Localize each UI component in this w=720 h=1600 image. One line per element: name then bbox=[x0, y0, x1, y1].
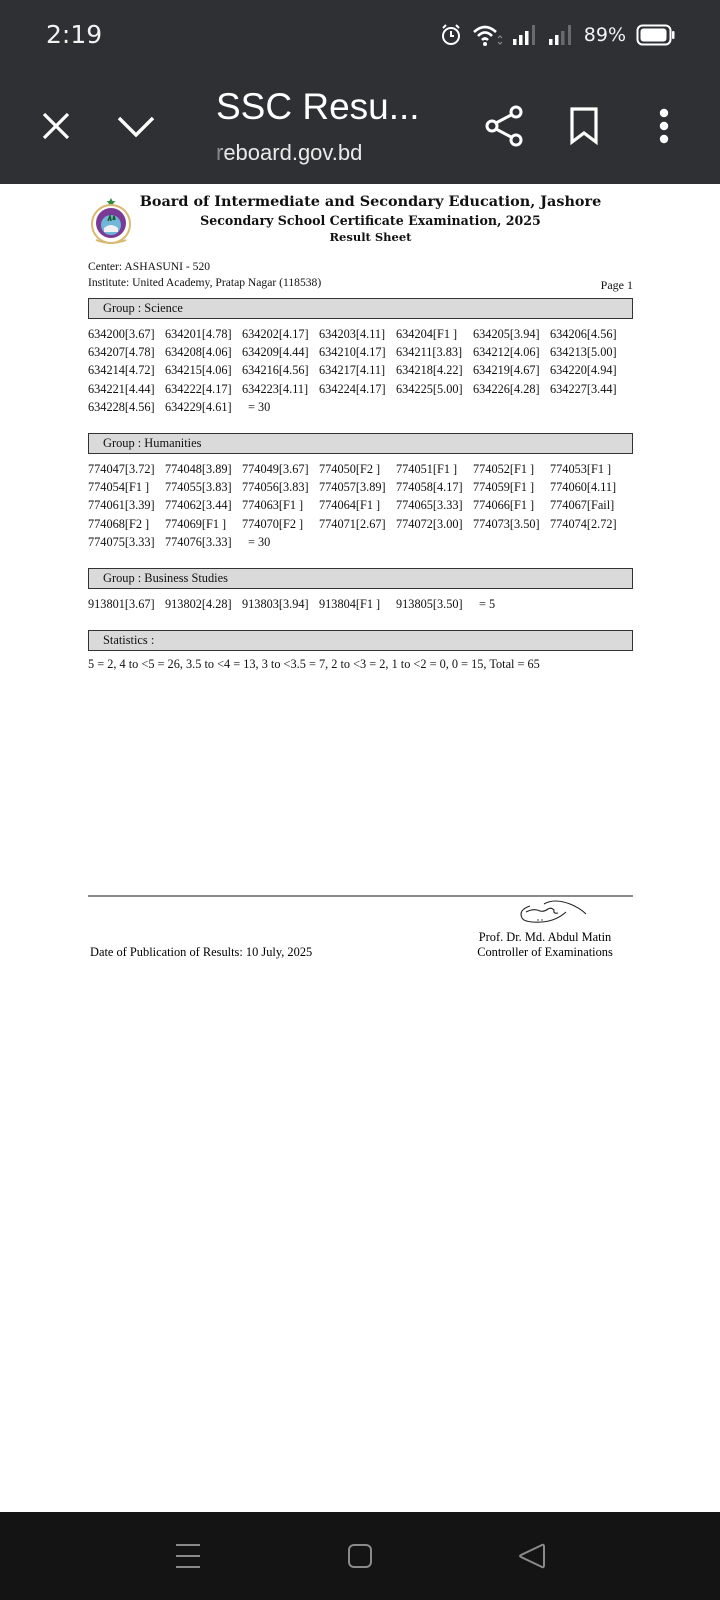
roll-result: 634205[3.94] bbox=[473, 325, 550, 343]
roll-result: 774050[F2 ] bbox=[319, 460, 396, 478]
roll-result: 774058[4.17] bbox=[396, 478, 473, 496]
signal-sim1-icon bbox=[512, 23, 538, 47]
roll-result: 913803[3.94] bbox=[242, 595, 319, 613]
roll-result: 774062[3.44] bbox=[165, 496, 242, 514]
roll-result: 774068[F2 ] bbox=[88, 515, 165, 533]
roll-result: 774067[Fail] bbox=[550, 496, 627, 514]
roll-result: 634217[4.11] bbox=[319, 361, 396, 379]
roll-grid: 634200[3.67]634201[4.78]634202[4.17]6342… bbox=[88, 325, 633, 416]
url-display[interactable]: reboard.gov.bd bbox=[216, 140, 416, 166]
battery-icon bbox=[636, 23, 676, 47]
roll-result: 774063[F1 ] bbox=[242, 496, 319, 514]
status-time: 2:19 bbox=[46, 20, 102, 49]
system-nav-bar bbox=[0, 1512, 720, 1600]
roll-result: 634214[4.72] bbox=[88, 361, 165, 379]
group-header: Group : Science bbox=[88, 298, 633, 319]
roll-result: 634212[4.06] bbox=[473, 343, 550, 361]
bookmark-button[interactable] bbox=[556, 98, 612, 154]
roll-grid: 774047[3.72]774048[3.89]774049[3.67]7740… bbox=[88, 460, 633, 551]
back-button[interactable] bbox=[504, 1530, 560, 1582]
statistics-text: 5 = 2, 4 to <5 = 26, 3.5 to <4 = 13, 3 t… bbox=[88, 656, 633, 672]
roll-result: 634218[4.22] bbox=[396, 361, 473, 379]
group-header: Group : Humanities bbox=[88, 433, 633, 454]
roll-row: 634200[3.67]634201[4.78]634202[4.17]6342… bbox=[88, 325, 633, 343]
bookmark-icon bbox=[569, 107, 599, 145]
roll-result: 634200[3.67] bbox=[88, 325, 165, 343]
roll-result: 634213[5.00] bbox=[550, 343, 627, 361]
home-button[interactable] bbox=[332, 1530, 388, 1582]
roll-result: 634227[3.44] bbox=[550, 380, 627, 398]
roll-grid: 913801[3.67]913802[4.28]913803[3.94]9138… bbox=[88, 595, 633, 613]
roll-row: 774054[F1 ]774055[3.83]774056[3.83]77405… bbox=[88, 478, 633, 496]
alarm-icon bbox=[440, 23, 462, 47]
roll-result: 774054[F1 ] bbox=[88, 478, 165, 496]
publication-date: Date of Publication of Results: 10 July,… bbox=[90, 945, 312, 960]
roll-result: 774047[3.72] bbox=[88, 460, 165, 478]
group-total: = 30 bbox=[242, 533, 270, 551]
roll-result: 634222[4.17] bbox=[165, 380, 242, 398]
roll-result: 774055[3.83] bbox=[165, 478, 242, 496]
home-icon bbox=[347, 1543, 373, 1569]
result-sheet: Board of Intermediate and Secondary Educ… bbox=[88, 190, 633, 672]
board-logo-icon bbox=[88, 196, 134, 246]
url-fade bbox=[212, 138, 226, 168]
roll-result: 634223[4.11] bbox=[242, 380, 319, 398]
more-options-button[interactable] bbox=[636, 98, 692, 154]
roll-result: 634208[4.06] bbox=[165, 343, 242, 361]
roll-result: 913804[F1 ] bbox=[319, 595, 396, 613]
roll-row: 774061[3.39]774062[3.44]774063[F1 ]77406… bbox=[88, 496, 633, 514]
roll-result: 774064[F1 ] bbox=[319, 496, 396, 514]
roll-row: 913801[3.67]913802[4.28]913803[3.94]9138… bbox=[88, 595, 633, 613]
signature-icon bbox=[516, 898, 588, 928]
roll-result: 774075[3.33] bbox=[88, 533, 165, 551]
center-label: Center: ASHASUNI - 520 bbox=[88, 259, 633, 275]
roll-result: 774061[3.39] bbox=[88, 496, 165, 514]
roll-row: 774047[3.72]774048[3.89]774049[3.67]7740… bbox=[88, 460, 633, 478]
recents-icon bbox=[175, 1543, 201, 1569]
roll-result: 774060[4.11] bbox=[550, 478, 627, 496]
roll-result: 774048[3.89] bbox=[165, 460, 242, 478]
wifi-icon bbox=[472, 23, 502, 47]
recents-button[interactable] bbox=[160, 1530, 216, 1582]
roll-result: 774059[F1 ] bbox=[473, 478, 550, 496]
roll-result: 913801[3.67] bbox=[88, 595, 165, 613]
signatory: Prof. Dr. Md. Abdul Matin Controller of … bbox=[460, 930, 630, 960]
more-vert-icon bbox=[658, 108, 670, 144]
share-icon bbox=[484, 105, 524, 147]
sheet-title: Result Sheet bbox=[108, 229, 633, 245]
roll-result: 634226[4.28] bbox=[473, 380, 550, 398]
roll-result: 634229[4.61] bbox=[165, 398, 242, 416]
roll-row: 634207[4.78]634208[4.06]634209[4.44]6342… bbox=[88, 343, 633, 361]
roll-result: 634211[3.83] bbox=[396, 343, 473, 361]
roll-row: 634221[4.44]634222[4.17]634223[4.11]6342… bbox=[88, 380, 633, 398]
share-button[interactable] bbox=[476, 98, 532, 154]
group-total: = 30 bbox=[242, 398, 270, 416]
expand-button[interactable] bbox=[108, 98, 164, 154]
document-header: Board of Intermediate and Secondary Educ… bbox=[88, 190, 633, 245]
roll-result: 774052[F1 ] bbox=[473, 460, 550, 478]
board-title: Board of Intermediate and Secondary Educ… bbox=[108, 190, 633, 212]
document-meta: Center: ASHASUNI - 520 Institute: United… bbox=[88, 259, 633, 291]
roll-result: 774066[F1 ] bbox=[473, 496, 550, 514]
roll-result: 634224[4.17] bbox=[319, 380, 396, 398]
roll-result: 774070[F2 ] bbox=[242, 515, 319, 533]
roll-result: 913805[3.50] bbox=[396, 595, 473, 613]
roll-result: 774057[3.89] bbox=[319, 478, 396, 496]
back-icon bbox=[518, 1542, 546, 1570]
roll-result: 634204[F1 ] bbox=[396, 325, 473, 343]
signatory-title: Controller of Examinations bbox=[460, 945, 630, 960]
roll-result: 634219[4.67] bbox=[473, 361, 550, 379]
statistics-header: Statistics : bbox=[88, 630, 633, 651]
signal-sim2-icon bbox=[548, 23, 574, 47]
roll-row: 634228[4.56]634229[4.61]= 30 bbox=[88, 398, 633, 416]
signatory-name: Prof. Dr. Md. Abdul Matin bbox=[460, 930, 630, 945]
group-total: = 5 bbox=[473, 595, 495, 613]
roll-row: 774075[3.33]774076[3.33]= 30 bbox=[88, 533, 633, 551]
roll-result: 774073[3.50] bbox=[473, 515, 550, 533]
roll-row: 774068[F2 ]774069[F1 ]774070[F2 ]774071[… bbox=[88, 515, 633, 533]
roll-result: 913802[4.28] bbox=[165, 595, 242, 613]
roll-result: 634207[4.78] bbox=[88, 343, 165, 361]
roll-result: 774056[3.83] bbox=[242, 478, 319, 496]
roll-result: 634202[4.17] bbox=[242, 325, 319, 343]
roll-result: 634216[4.56] bbox=[242, 361, 319, 379]
roll-result: 634210[4.17] bbox=[319, 343, 396, 361]
browser-chrome: 2:19 89% SSC Resu... reboard.gov.bd bbox=[0, 0, 720, 184]
roll-result: 774065[3.33] bbox=[396, 496, 473, 514]
roll-result: 774072[3.00] bbox=[396, 515, 473, 533]
section-gap bbox=[88, 551, 633, 561]
roll-result: 634203[4.11] bbox=[319, 325, 396, 343]
section-gap bbox=[88, 613, 633, 623]
close-icon bbox=[40, 110, 72, 142]
roll-result: 634206[4.56] bbox=[550, 325, 627, 343]
group-header: Group : Business Studies bbox=[88, 568, 633, 589]
exam-title: Secondary School Certificate Examination… bbox=[108, 212, 633, 229]
roll-result: 774049[3.67] bbox=[242, 460, 319, 478]
roll-result: 774069[F1 ] bbox=[165, 515, 242, 533]
page-number: Page 1 bbox=[601, 277, 633, 293]
roll-result: 634215[4.06] bbox=[165, 361, 242, 379]
roll-result: 634220[4.94] bbox=[550, 361, 627, 379]
roll-result: 634221[4.44] bbox=[88, 380, 165, 398]
roll-row: 634214[4.72]634215[4.06]634216[4.56]6342… bbox=[88, 361, 633, 379]
institute-label: Institute: United Academy, Pratap Nagar … bbox=[88, 275, 633, 291]
status-icons: 89% bbox=[440, 20, 676, 50]
roll-result: 774053[F1 ] bbox=[550, 460, 627, 478]
groups: Group : Science634200[3.67]634201[4.78]6… bbox=[88, 298, 633, 623]
battery-percent: 89% bbox=[584, 24, 626, 46]
footer-divider bbox=[88, 895, 633, 897]
roll-result: 774051[F1 ] bbox=[396, 460, 473, 478]
roll-result: 634225[5.00] bbox=[396, 380, 473, 398]
section-gap bbox=[88, 416, 633, 426]
close-button[interactable] bbox=[28, 98, 84, 154]
roll-result: 634209[4.44] bbox=[242, 343, 319, 361]
roll-result: 634201[4.78] bbox=[165, 325, 242, 343]
roll-result: 774076[3.33] bbox=[165, 533, 242, 551]
chevron-down-icon bbox=[117, 114, 155, 138]
roll-result: 774074[2.72] bbox=[550, 515, 627, 533]
roll-result: 634228[4.56] bbox=[88, 398, 165, 416]
roll-result: 774071[2.67] bbox=[319, 515, 396, 533]
page-title: SSC Resu... bbox=[216, 86, 420, 128]
